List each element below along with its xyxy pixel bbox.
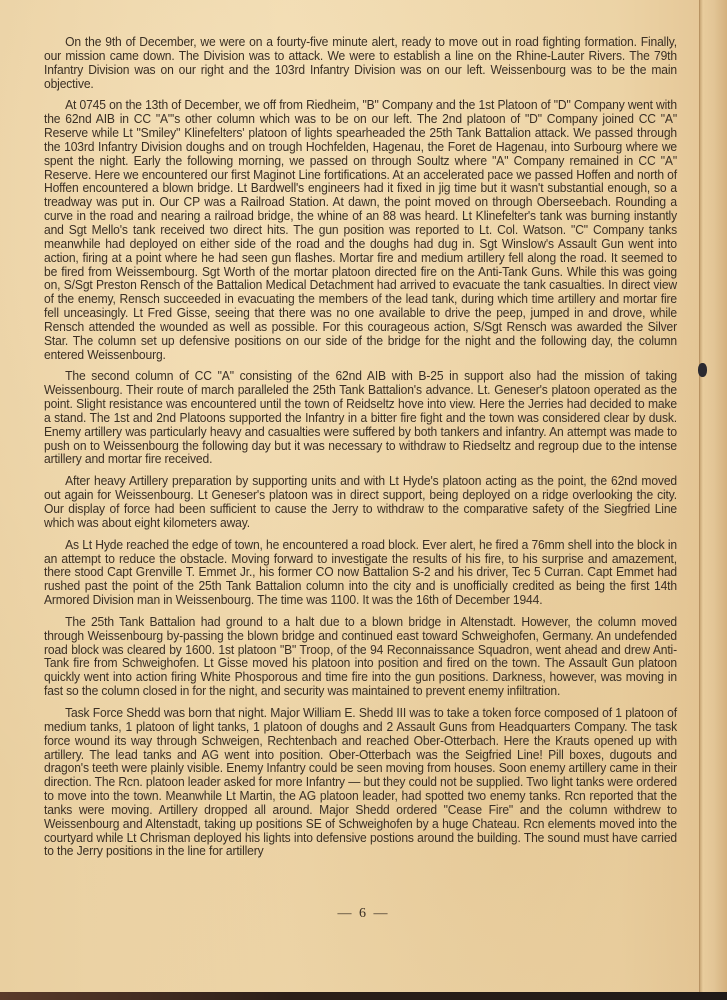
body-text: On the 9th of December, we were on a fou… — [44, 36, 678, 867]
fold-line — [699, 0, 700, 992]
binding-hole — [698, 363, 707, 377]
page-number: — 6 — — [0, 906, 727, 922]
background-edge — [0, 992, 727, 1000]
paragraph-5: As Lt Hyde reached the edge of town, he … — [44, 539, 677, 608]
paragraph-3: The second column of CC "A" consisting o… — [44, 370, 677, 467]
paragraph-2: At 0745 on the 13th of December, we off … — [44, 99, 677, 362]
page-fold-edge — [700, 0, 727, 992]
paragraph-4: After heavy Artillery preparation by sup… — [44, 475, 677, 530]
paragraph-6: The 25th Tank Battalion had ground to a … — [44, 616, 677, 699]
paragraph-1: On the 9th of December, we were on a fou… — [44, 36, 677, 91]
document-page: On the 9th of December, we were on a fou… — [0, 0, 727, 992]
paragraph-7: Task Force Shedd was born that night. Ma… — [44, 707, 677, 859]
